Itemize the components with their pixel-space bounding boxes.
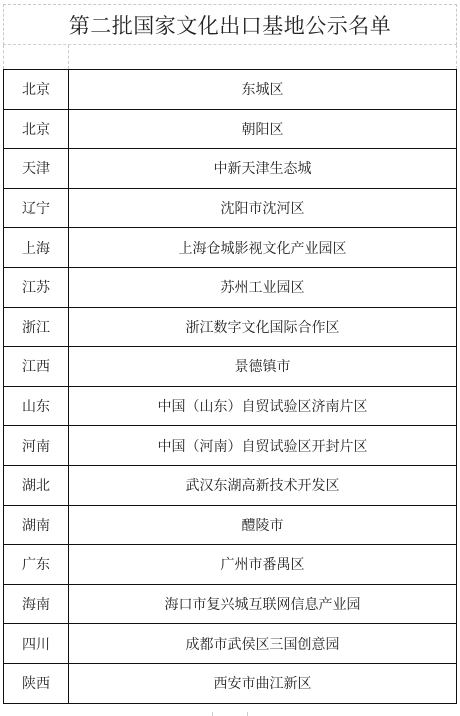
page-title: 第二批国家文化出口基地公示名单 [69, 10, 392, 40]
table-row: 浙江 浙江数字文化国际合作区 [4, 307, 457, 347]
province-cell[interactable]: 天津 [4, 149, 69, 189]
table-row: 上海 上海仓城影视文化产业园区 [4, 228, 457, 268]
base-cell[interactable]: 成都市武侯区三国创意园 [69, 624, 457, 664]
empty-cell[interactable] [4, 45, 69, 69]
base-cell[interactable]: 海口市复兴城互联网信息产业园 [69, 584, 457, 624]
base-cell[interactable]: 西安市曲江新区 [69, 663, 457, 703]
table-row: 江西 景德镇市 [4, 347, 457, 387]
table-row: 江苏 苏州工业园区 [4, 267, 457, 307]
grid-edge-marks [212, 712, 248, 716]
table-row: 四川 成都市武侯区三国创意园 [4, 624, 457, 664]
table-row: 湖北 武汉东湖高新技术开发区 [4, 465, 457, 505]
province-cell[interactable]: 江西 [4, 347, 69, 387]
base-cell[interactable]: 中国（河南）自贸试验区开封片区 [69, 426, 457, 466]
table-row: 山东 中国（山东）自贸试验区济南片区 [4, 386, 457, 426]
base-cell[interactable]: 上海仓城影视文化产业园区 [69, 228, 457, 268]
table-row: 天津 中新天津生态城 [4, 149, 457, 189]
base-cell[interactable]: 景德镇市 [69, 347, 457, 387]
base-cell[interactable]: 朝阳区 [69, 109, 457, 149]
empty-cell[interactable] [69, 45, 456, 69]
province-cell[interactable]: 陕西 [4, 663, 69, 703]
base-cell[interactable]: 苏州工业园区 [69, 267, 457, 307]
table-row: 湖南 醴陵市 [4, 505, 457, 545]
province-cell[interactable]: 广东 [4, 545, 69, 585]
base-cell[interactable]: 中国（山东）自贸试验区济南片区 [69, 386, 457, 426]
table-row: 河南 中国（河南）自贸试验区开封片区 [4, 426, 457, 466]
table-row: 海南 海口市复兴城互联网信息产业园 [4, 584, 457, 624]
province-cell[interactable]: 浙江 [4, 307, 69, 347]
title-cell[interactable]: 第二批国家文化出口基地公示名单 [3, 4, 457, 45]
province-cell[interactable]: 湖南 [4, 505, 69, 545]
province-cell[interactable]: 江苏 [4, 267, 69, 307]
base-cell[interactable]: 中新天津生态城 [69, 149, 457, 189]
province-cell[interactable]: 河南 [4, 426, 69, 466]
base-cell[interactable]: 广州市番禺区 [69, 545, 457, 585]
table-row: 北京 东城区 [4, 70, 457, 110]
province-cell[interactable]: 海南 [4, 584, 69, 624]
base-cell[interactable]: 沈阳市沈河区 [69, 188, 457, 228]
base-list-table: 北京 东城区 北京 朝阳区 天津 中新天津生态城 辽宁 沈阳市沈河区 上海 上海… [3, 69, 457, 704]
province-cell[interactable]: 辽宁 [4, 188, 69, 228]
province-cell[interactable]: 四川 [4, 624, 69, 664]
base-cell[interactable]: 武汉东湖高新技术开发区 [69, 465, 457, 505]
province-cell[interactable]: 湖北 [4, 465, 69, 505]
spreadsheet: 第二批国家文化出口基地公示名单 北京 东城区 北京 朝阳区 天津 中新天津生态城… [3, 4, 457, 704]
table-row: 广东 广州市番禺区 [4, 545, 457, 585]
empty-row [3, 45, 457, 69]
province-cell[interactable]: 北京 [4, 70, 69, 110]
province-cell[interactable]: 上海 [4, 228, 69, 268]
table-row: 北京 朝阳区 [4, 109, 457, 149]
table-row: 陕西 西安市曲江新区 [4, 663, 457, 703]
base-cell[interactable]: 醴陵市 [69, 505, 457, 545]
province-cell[interactable]: 山东 [4, 386, 69, 426]
base-cell[interactable]: 东城区 [69, 70, 457, 110]
province-cell[interactable]: 北京 [4, 109, 69, 149]
base-cell[interactable]: 浙江数字文化国际合作区 [69, 307, 457, 347]
table-row: 辽宁 沈阳市沈河区 [4, 188, 457, 228]
